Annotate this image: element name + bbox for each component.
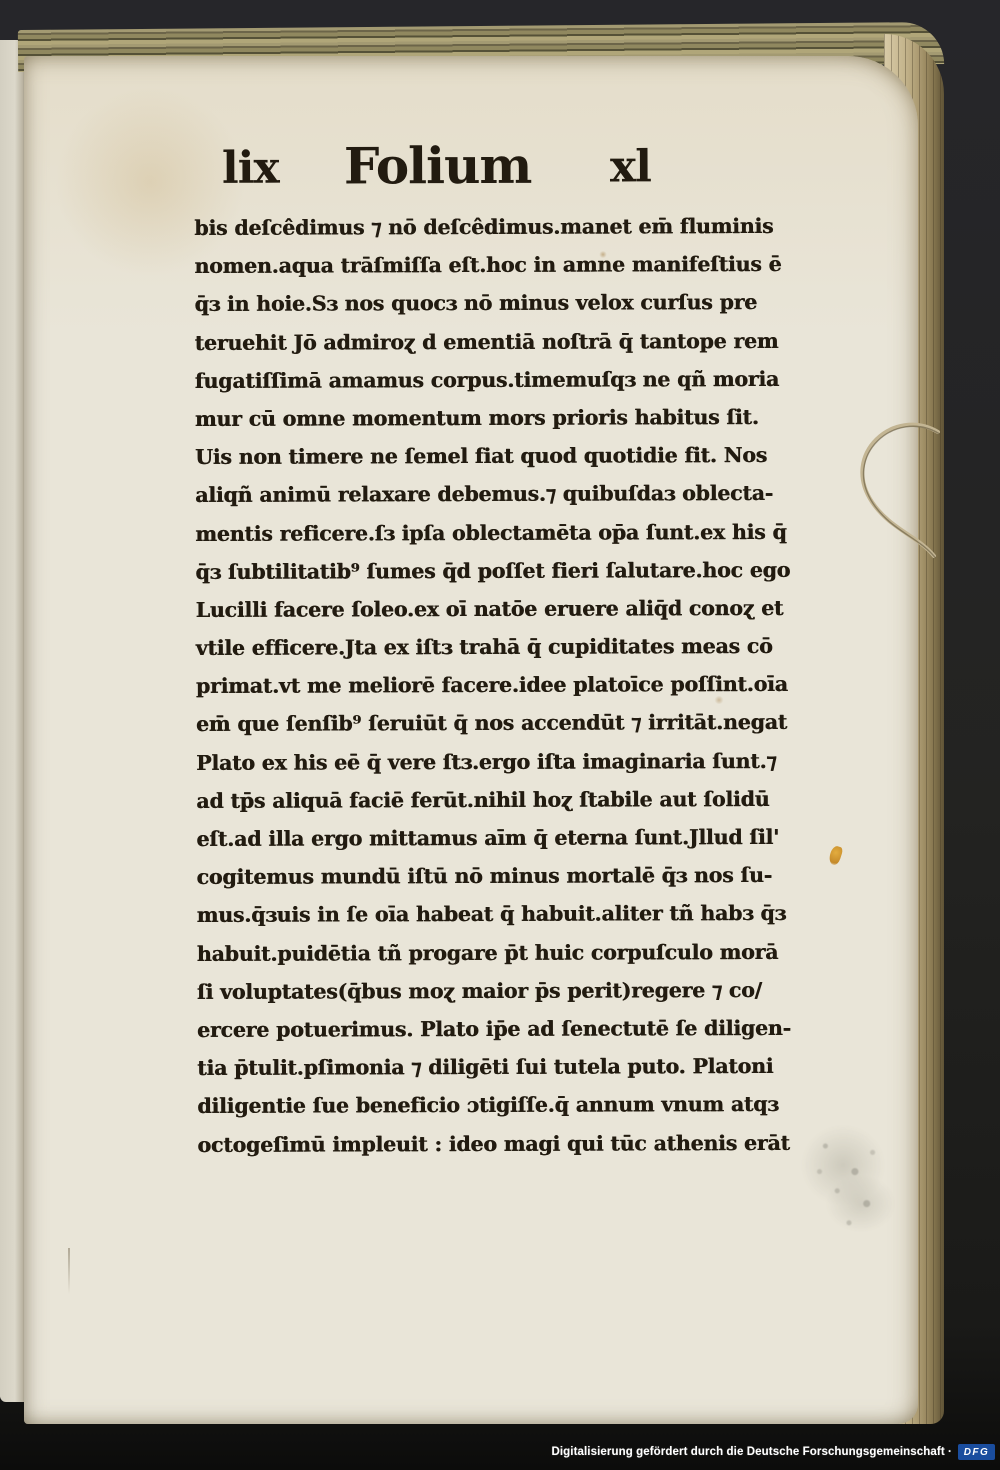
body-line: eſt.ad illa ergo mittamus aīm q̄ eterna … bbox=[196, 818, 756, 858]
body-line: em̄ que ſenſib⁹ ſeruiūt q̄ nos accendūt … bbox=[196, 703, 756, 743]
digitization-credit: Digitalisierung gefördert durch die Deut… bbox=[551, 1444, 995, 1460]
scan-background: lix Folium xl bis deſcêdimus ⁊ nō deſcêd… bbox=[0, 0, 1000, 1470]
body-line: aliqñ animū relaxare debemus.⁊ quibuſdaɜ… bbox=[195, 474, 755, 514]
body-line: ſi voluptates(q̄bus moɀ maior p̄s perit)… bbox=[197, 971, 757, 1011]
credit-text: Digitalisierung gefördert durch die Deut… bbox=[551, 1446, 952, 1458]
body-line: diligentie ſue beneficio ɔtigiſſe.q̄ ann… bbox=[197, 1085, 757, 1125]
body-line: mur cū omne momentum mors prioris habitu… bbox=[195, 398, 755, 438]
running-header: lix Folium xl bbox=[198, 141, 754, 203]
body-line: q̄ɜ ſubtilitatib⁹ ſumes q̄d poſſet fieri… bbox=[195, 551, 755, 591]
body-line: nomen.aqua trāſmiſſa eſt.hoc in amne man… bbox=[194, 245, 754, 285]
folium-title: Folium bbox=[344, 136, 532, 196]
body-line: Uis non timere ne ſemel fiat quod quotid… bbox=[195, 436, 755, 476]
body-line: q̄ɜ in hoie.Sɜ nos quocɜ nō minus velox … bbox=[194, 283, 754, 323]
body-line: primat.vt me meliorē facere.idee platoīc… bbox=[196, 665, 756, 705]
body-line: octogeſimū impleuit : ideo magi qui tūc … bbox=[197, 1124, 757, 1164]
body-line: teruehit Jō admiroɀ d ementiā noſtrā q̄ … bbox=[195, 322, 755, 362]
body-line: fugatiſſimā amamus corpus.timemuſqɜ ne q… bbox=[195, 360, 755, 400]
book-page: lix Folium xl bis deſcêdimus ⁊ nō deſcêd… bbox=[24, 56, 918, 1424]
body-line: ad tp̄s aliquā faciē ferūt.nihil hoɀ ſta… bbox=[196, 780, 756, 820]
printed-text-area: lix Folium xl bis deſcêdimus ⁊ nō deſcêd… bbox=[22, 54, 921, 1425]
body-line: ercere potuerimus. Plato ip̄e ad ſenectu… bbox=[197, 1009, 757, 1049]
body-line: vtile efficere.Jta ex iſtɜ trahā q̄ cupi… bbox=[196, 627, 756, 667]
body-line: Lucilli facere ſoleo.ex oī natōe eruere … bbox=[195, 589, 755, 629]
body-line: mentis reficere.ſɜ ipſa oblectamēta op̄a… bbox=[195, 513, 755, 553]
body-line: habuit.puidētia tñ progare p̄t huic corp… bbox=[197, 933, 757, 973]
body-line: cogitemus mundū iſtū nō minus mortalē q̄… bbox=[196, 856, 756, 896]
body-line: Plato ex his eē q̄ vere ſtɜ.ergo iſta im… bbox=[196, 742, 756, 782]
body-line: bis deſcêdimus ⁊ nō deſcêdimus.manet em̄… bbox=[194, 207, 754, 247]
dfg-logo: DFG bbox=[958, 1444, 995, 1460]
text-block: bis deſcêdimus ⁊ nō deſcêdimus.manet em̄… bbox=[194, 207, 757, 1164]
paper-clip bbox=[856, 416, 946, 568]
body-line: mus.q̄ɜuis in ſe oīa habeat q̄ habuit.al… bbox=[197, 894, 757, 934]
page-number-left: lix bbox=[222, 143, 279, 194]
page-number-right: xl bbox=[610, 141, 651, 192]
body-line: tia p̄tulit.pſimonia ⁊ diligēti ſui tute… bbox=[197, 1047, 757, 1087]
